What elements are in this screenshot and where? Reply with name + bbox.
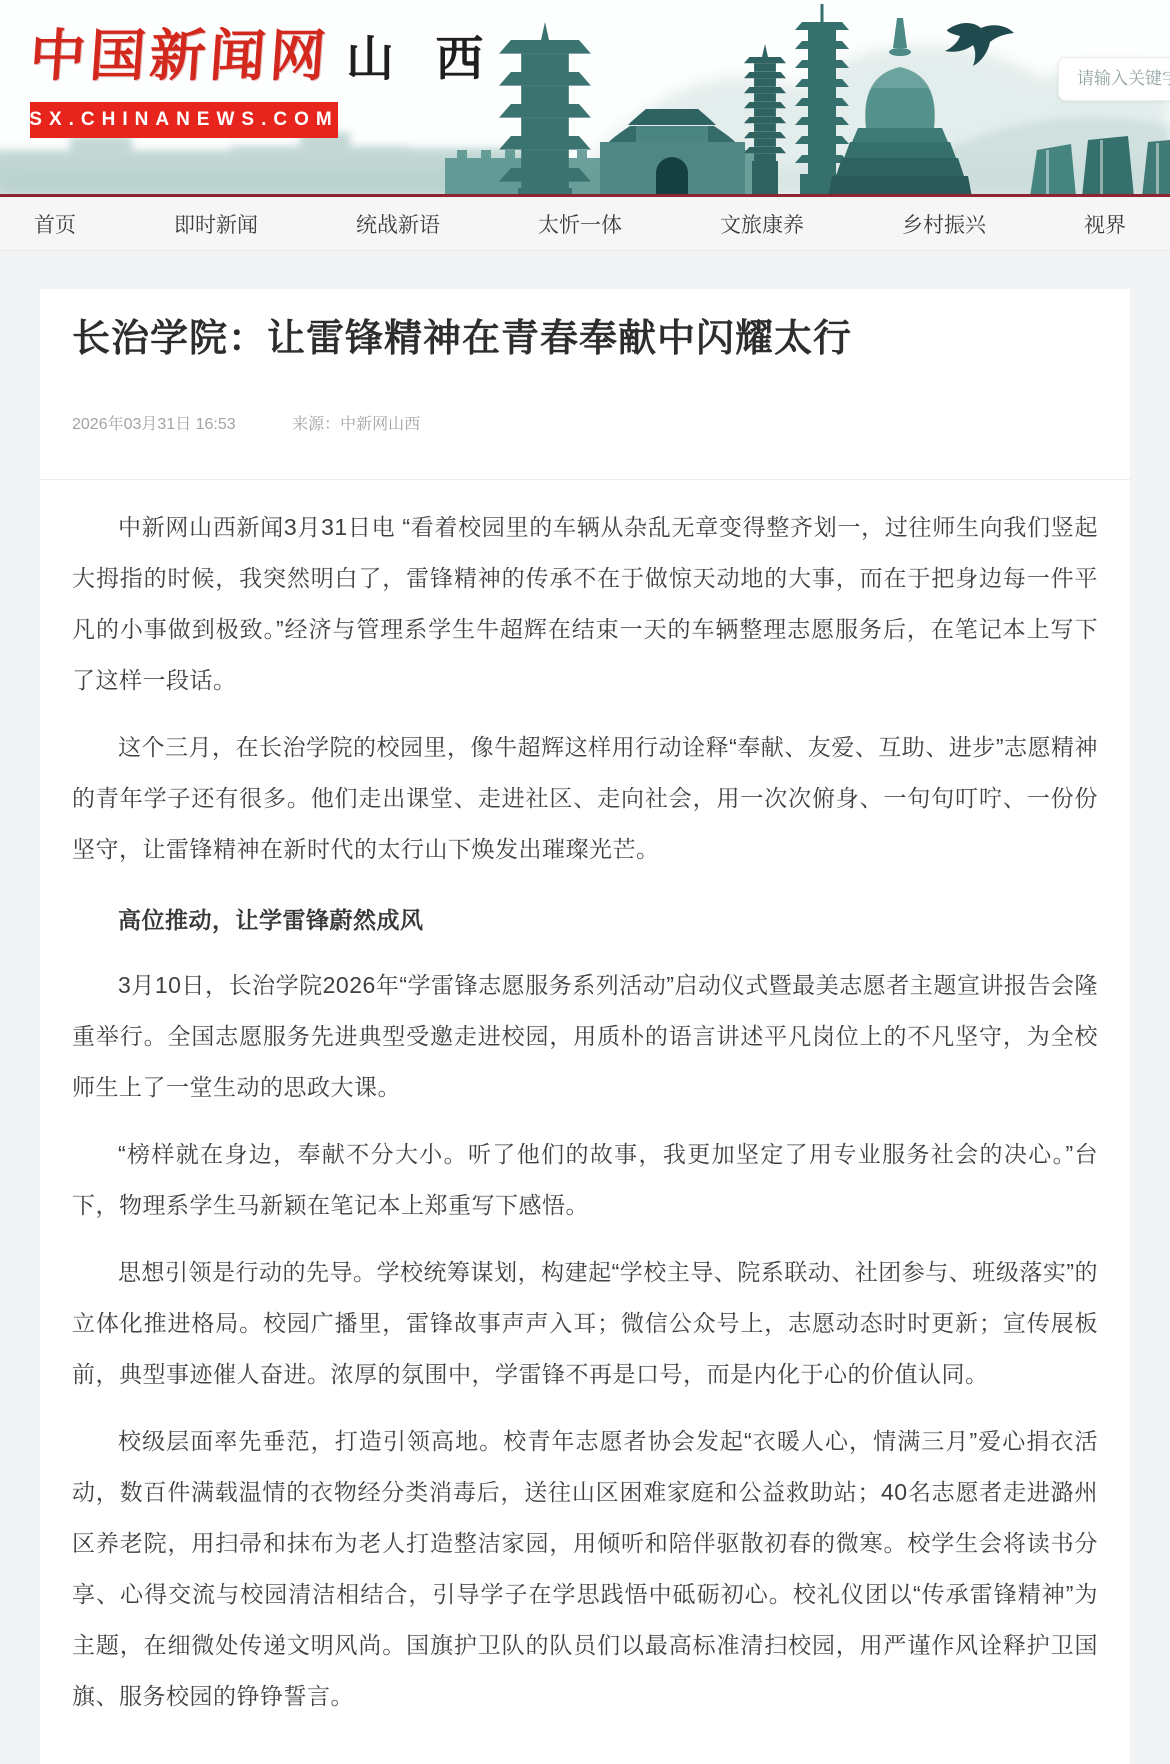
article-date: 2026年03月31日 16:53 (72, 416, 236, 433)
meta-divider (40, 479, 1130, 480)
nav-item-united[interactable]: 统战新语 (356, 209, 440, 239)
article-card: 长治学院：让雷锋精神在青春奉献中闪耀太行 2026年03月31日 16:53 来… (40, 289, 1130, 1764)
article-body: 中新网山西新闻3月31日电 “看着校园里的车辆从杂乱无章变得整齐划一，过往师生向… (72, 502, 1098, 1722)
logo-domain: SX.CHINANEWS.COM (29, 109, 338, 131)
paragraph: 思想引领是行动的先导。学校统筹谋划，构建起“学校主导、院系联动、社团参与、班级落… (72, 1247, 1098, 1400)
pagoda-icon (499, 22, 591, 197)
logo-title: 中国新闻网 (27, 12, 333, 92)
nav-item-taixin[interactable]: 太忻一体 (538, 209, 622, 239)
article-title: 长治学院：让雷锋精神在青春奉献中闪耀太行 (72, 315, 1098, 363)
main-nav: 首页 即时新闻 统战新语 太忻一体 文旅康养 乡村振兴 视界 (0, 197, 1170, 251)
paragraph: 3月10日，长治学院2026年“学雷锋志愿服务系列活动”启动仪式暨最美志愿者主题… (72, 960, 1098, 1113)
logo-domain-banner: SX.CHINANEWS.COM (30, 102, 338, 138)
logo-region: 山 西 (346, 20, 497, 89)
nav-item-home[interactable]: 首页 (34, 209, 76, 239)
page-background: 长治学院：让雷锋精神在青春奉献中闪耀太行 2026年03月31日 16:53 来… (0, 251, 1170, 1764)
nav-item-culture[interactable]: 文旅康养 (720, 209, 804, 239)
article-source: 来源：中新网山西 (292, 416, 420, 433)
nav-item-rural[interactable]: 乡村振兴 (902, 209, 986, 239)
logo-link[interactable]: 中国新闻网 山 西 SX.CHINANEWS.COM (30, 12, 497, 138)
paragraph: “榜样就在身边，奉献不分大小。听了他们的故事，我更加坚定了用专业服务社会的决心。… (72, 1129, 1098, 1231)
section-subhead: 高位推动，让学雷锋蔚然成风 (72, 895, 1098, 946)
nav-item-vision[interactable]: 视界 (1084, 209, 1126, 239)
site-header: 中国新闻网 山 西 SX.CHINANEWS.COM (0, 0, 1170, 197)
nav-item-news[interactable]: 即时新闻 (174, 209, 258, 239)
paragraph: 中新网山西新闻3月31日电 “看着校园里的车辆从杂乱无章变得整齐划一，过往师生向… (72, 502, 1098, 706)
article-meta: 2026年03月31日 16:53 来源：中新网山西 (72, 415, 1098, 435)
search-input[interactable] (1058, 57, 1170, 101)
paragraph: 校级层面率先垂范，打造引领高地。校青年志愿者协会发起“衣暖人心，情满三月”爱心捐… (72, 1416, 1098, 1722)
paragraph: 这个三月，在长治学院的校园里，像牛超辉这样用行动诠释“奉献、友爱、互助、进步”志… (72, 722, 1098, 875)
